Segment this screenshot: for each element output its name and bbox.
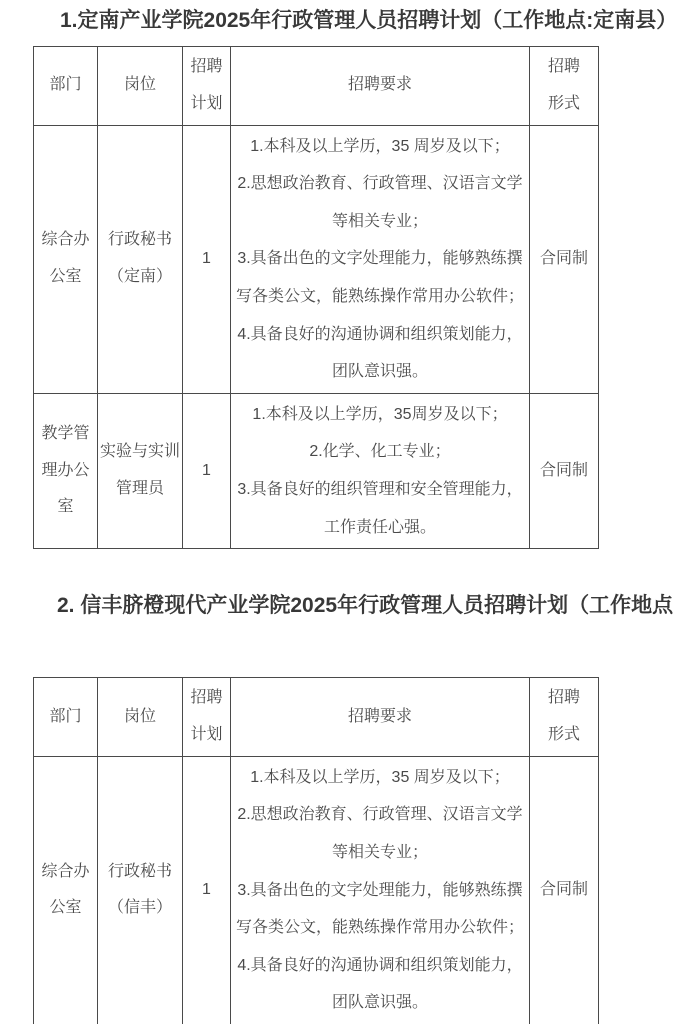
header-dept-label: 部门 xyxy=(49,708,81,725)
table-row: 综合办公室 行政秘书（定南） 1 1.本科及以上学历，35 周岁及以下； 2.思… xyxy=(34,125,599,393)
table-row: 综合办公室 行政秘书（信丰） 1 1.本科及以上学历，35 周岁及以下； 2.思… xyxy=(34,756,599,1024)
post-cell: 实验与实训管理员 xyxy=(98,393,183,548)
requirement-item: 2.思想政治教育、行政管理、汉语言文学等相关专业； xyxy=(233,165,527,240)
requirement-item: 4.具备良好的沟通协调和组织策划能力，团队意识强。 xyxy=(233,947,527,1022)
dept-cell: 教学管理办公室 xyxy=(34,393,98,548)
header-form-label: 招聘形式 xyxy=(548,49,580,123)
dept-cell: 综合办公室 xyxy=(34,756,98,1024)
requirements-cell: 1.本科及以上学历，35 周岁及以下； 2.思想政治教育、行政管理、汉语言文学等… xyxy=(231,125,530,393)
requirements-cell: 1.本科及以上学历，35周岁及以下； 2.化学、化工专业； 3.具备良好的组织管… xyxy=(231,393,530,548)
header-post-label: 岗位 xyxy=(124,76,156,93)
dept-cell: 综合办公室 xyxy=(34,125,98,393)
requirement-item: 3.具备出色的文字处理能力，能够熟练撰写各类公文，能熟练操作常用办公软件； xyxy=(233,872,527,947)
header-dept: 部门 xyxy=(34,678,98,757)
header-dept-label: 部门 xyxy=(49,76,81,93)
post-cell: 行政秘书（定南） xyxy=(98,125,183,393)
form-cell: 合同制 xyxy=(530,393,599,548)
section1-title: 1.定南产业学院2025年行政管理人员招聘计划（工作地点:定南县） xyxy=(0,8,692,34)
header-post-label: 岗位 xyxy=(124,708,156,725)
header-plan-label: 招聘计划 xyxy=(191,49,223,123)
table-header-row: 部门 岗位 招聘计划 招聘要求 招聘形式 xyxy=(34,678,599,757)
form-cell: 合同制 xyxy=(530,125,599,393)
header-form-label: 招聘形式 xyxy=(548,680,580,754)
header-plan-label: 招聘计划 xyxy=(191,680,223,754)
header-plan: 招聘计划 xyxy=(183,678,231,757)
section2-title: 2. 信丰脐橙现代产业学院2025年行政管理人员招聘计划（工作地点 xyxy=(0,593,692,619)
requirement-item: 1.本科及以上学历，35 周岁及以下； xyxy=(233,759,527,797)
header-post: 岗位 xyxy=(98,47,183,126)
table-header-row: 部门 岗位 招聘计划 招聘要求 招聘形式 xyxy=(34,47,599,126)
header-requirements-label: 招聘要求 xyxy=(348,708,412,725)
header-post: 岗位 xyxy=(98,678,183,757)
post-cell: 行政秘书（信丰） xyxy=(98,756,183,1024)
header-plan: 招聘计划 xyxy=(183,47,231,126)
header-requirements-label: 招聘要求 xyxy=(348,76,412,93)
requirements-cell: 1.本科及以上学历，35 周岁及以下； 2.思想政治教育、行政管理、汉语言文学等… xyxy=(231,756,530,1024)
plan-cell: 1 xyxy=(183,393,231,548)
header-form: 招聘形式 xyxy=(530,47,599,126)
recruitment-document: { "page": { "background": "#ffffff", "te… xyxy=(0,0,692,1024)
table-row: 教学管理办公室 实验与实训管理员 1 1.本科及以上学历，35周岁及以下； 2.… xyxy=(34,393,599,548)
requirement-item: 3.具备出色的文字处理能力，能够熟练撰写各类公文，能熟练操作常用办公软件； xyxy=(233,240,527,315)
recruitment-table-dingnan: 部门 岗位 招聘计划 招聘要求 招聘形式 综合办公室 行政秘书（定南） 1 1.… xyxy=(33,46,599,549)
plan-cell: 1 xyxy=(183,125,231,393)
requirement-item: 1.本科及以上学历，35周岁及以下； xyxy=(233,396,527,434)
requirement-item: 4.具备良好的沟通协调和组织策划能力，团队意识强。 xyxy=(233,316,527,391)
header-requirements: 招聘要求 xyxy=(231,678,530,757)
requirement-item: 2.思想政治教育、行政管理、汉语言文学等相关专业； xyxy=(233,796,527,871)
header-dept: 部门 xyxy=(34,47,98,126)
header-requirements: 招聘要求 xyxy=(231,47,530,126)
recruitment-table-xinfeng: 部门 岗位 招聘计划 招聘要求 招聘形式 综合办公室 行政秘书（信丰） 1 1.… xyxy=(33,677,599,1024)
header-form: 招聘形式 xyxy=(530,678,599,757)
form-cell: 合同制 xyxy=(530,756,599,1024)
requirement-item: 1.本科及以上学历，35 周岁及以下； xyxy=(233,128,527,166)
requirement-item: 2.化学、化工专业； xyxy=(233,433,527,471)
requirement-item: 3.具备良好的组织管理和安全管理能力，工作责任心强。 xyxy=(233,471,527,546)
plan-cell: 1 xyxy=(183,756,231,1024)
